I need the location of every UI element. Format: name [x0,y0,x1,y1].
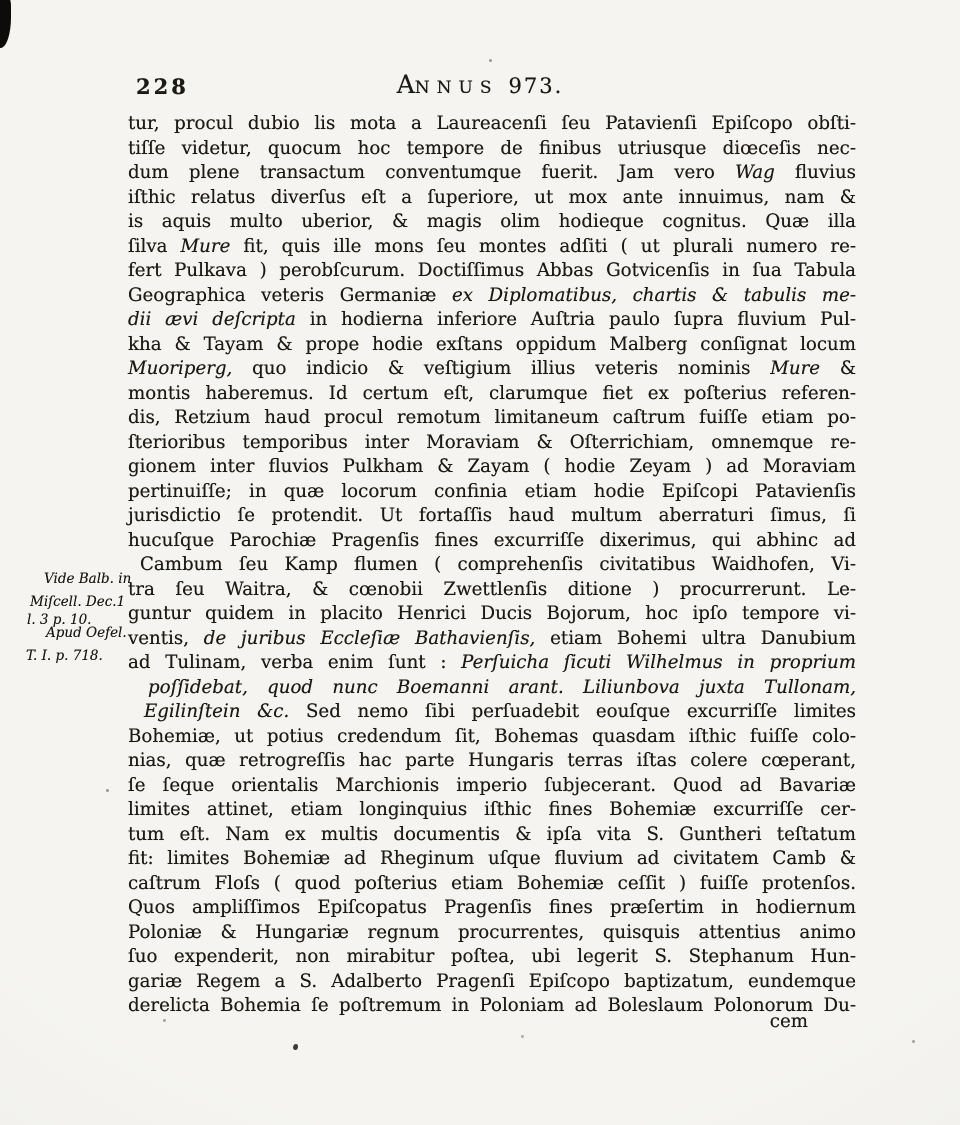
text-line: fit: limites Bohemiæ ad Rheginum uſque f… [128,847,856,872]
text-line: iſthic relatus diverſus eſt a ſuperiore,… [128,186,856,211]
text-line: dum plene transactum conventumque fuerit… [128,161,856,186]
text-line: tiſſe videtur, quocum hoc tempore de fin… [128,137,856,162]
running-title-word: nnus [415,78,499,98]
text-line: ad Tulinam, verba enim ſunt : Perſuicha … [128,651,856,676]
text-line: dis, Retzium haud procul remotum limitan… [128,406,856,431]
text-line: fert Pulkava ) perobſcurum. Doctiſſimus … [128,259,856,284]
text-line: is aquis multo uberior, & magis olim hod… [128,210,856,235]
text-line: Muoriperg, quo indicio & veſtigium illiu… [128,357,856,382]
margin-note: Vide Balb. in [44,572,131,587]
text-line: Bohemiæ, ut potius credendum ſit, Bohema… [128,725,856,750]
text-line: ſterioribus temporibus inter Moraviam & … [128,431,856,456]
text-line: tur, procul dubio lis mota a Laureacenſi… [128,112,856,137]
text-line: Poloniæ & Hungariæ regnum procurrentes, … [128,921,856,946]
text-line: dii ævi deſcripta in hodierna inferiore … [128,308,856,333]
text-line: hucuſque Parochiæ Pragenſis fines excurr… [128,529,856,554]
margin-note: T. I. p. 718. [26,649,103,664]
text-line: limites attinet, etiam longinquius iſthi… [128,798,856,823]
scan-artifact-corner [0,0,11,48]
ink-speck [912,1040,915,1043]
text-line: nias, quæ retrogreſſis hac parte Hungari… [128,749,856,774]
text-line: Quos ampliſſimos Epiſcopatus Pragenſis f… [128,896,856,921]
book-page-scan: 228 Annus973. Vide Balb. inMiſcell. Dec.… [0,0,960,1125]
text-line: Egilinſtein &c. Sed nemo ſibi perſuadebi… [128,700,856,725]
running-title-year: 973. [509,74,564,98]
ink-speck [521,1035,524,1038]
text-line: tra ſeu Waitra, & cœnobii Zwettlenſis di… [128,578,856,603]
text-line: montis haberemus. Id certum eſt, clarumq… [128,382,856,407]
text-line: ſuo expenderit, non mirabitur poſtea, ub… [128,945,856,970]
text-line: gionem inter fluvios Pulkham & Zayam ( h… [128,455,856,480]
text-line: pertinuiſſe; in quæ locorum confinia eti… [128,480,856,505]
margin-note: Apud Oefel. [46,626,127,641]
catchword: cem [128,1010,808,1035]
ink-speck [293,1044,298,1050]
text-line: ſe ſeque orientalis Marchionis imperio ſ… [128,774,856,799]
running-title-initial: A [397,70,415,99]
text-line: gariæ Regem a S. Adalberto Pragenſi Epiſ… [128,970,856,995]
text-line: Cambum ſeu Kamp flumen ( comprehenſis ci… [128,553,856,578]
text-line: caſtrum Floſs ( quod poſterius etiam Boh… [128,872,856,897]
text-line: ventis, de juribus Eccleſiæ Bathavienſis… [128,627,856,652]
text-line: jurisdictio ſe protendit. Ut fortaſſis h… [128,504,856,529]
text-line: tum eſt. Nam ex multis documentis & ipſa… [128,823,856,848]
text-line: guntur quidem in placito Henrici Ducis B… [128,602,856,627]
text-line: poſſidebat, quod nunc Boemanni arant. Li… [128,676,856,701]
text-line: kha & Tayam & prope hodie exſtans oppidu… [128,333,856,358]
running-title: Annus973. [0,70,960,99]
body-text: tur, procul dubio lis mota a Laureacenſi… [128,112,856,1019]
ink-speck [163,1019,166,1022]
text-line: ſilva Mure fit, quis ille mons ſeu monte… [128,235,856,260]
margin-note: Miſcell. Dec.1 [30,595,125,610]
text-line: Geographica veteris Germaniæ ex Diplomat… [128,284,856,309]
ink-speck [489,59,492,62]
ink-speck [106,789,109,792]
